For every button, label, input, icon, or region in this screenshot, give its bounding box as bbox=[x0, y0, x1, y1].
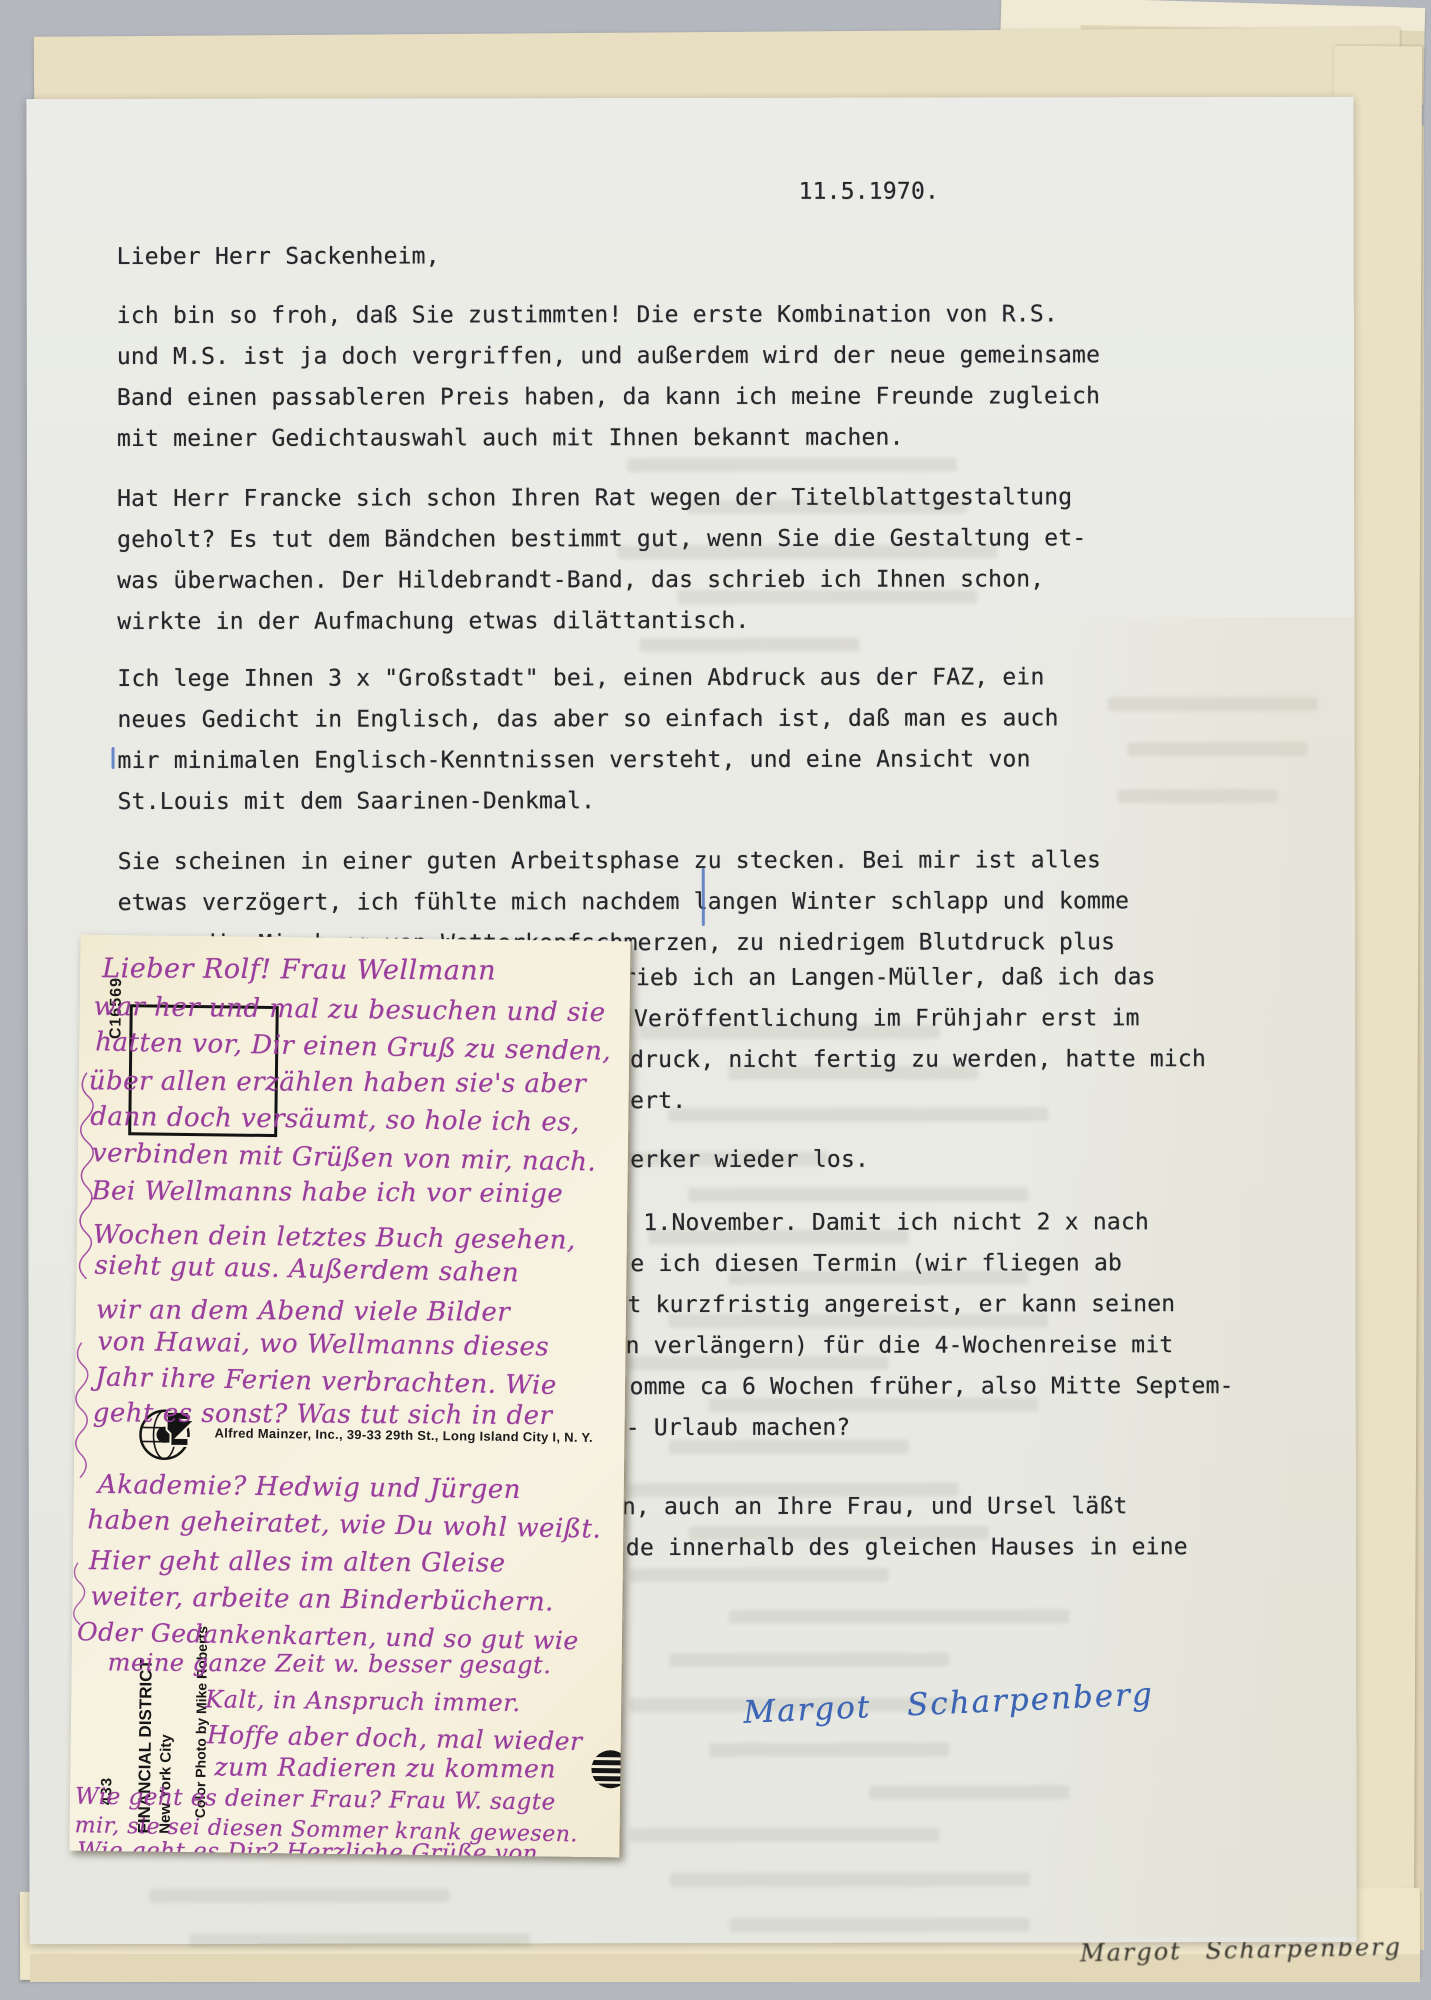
letter-line-fragment: - Urlaub machen? bbox=[626, 1415, 851, 1441]
postcard-handwriting-line: wir an dem Abend viele Bilder bbox=[96, 1295, 510, 1328]
ghost-text-line bbox=[627, 458, 957, 473]
ghost-text-line bbox=[688, 1187, 1028, 1202]
ghost-text-line bbox=[668, 1107, 1048, 1122]
postcard-handwriting-line: dann doch versäumt, so hole ich es, bbox=[90, 1102, 580, 1138]
letter-signature-handwritten: Margot Scharpenberg bbox=[743, 1676, 1155, 1731]
postcard-handwriting-line: über allen erzählen haben sie's aber bbox=[89, 1066, 587, 1099]
letter-line-fragment: 1.November. Damit ich nicht 2 x nach bbox=[643, 1209, 1149, 1236]
postcard-handwriting-line: von Hawai, wo Wellmanns dieses bbox=[97, 1327, 549, 1363]
ghost-text-line bbox=[730, 1917, 1030, 1932]
postcard-handwriting-line: weiter, arbeite an Binderbüchern. bbox=[90, 1582, 554, 1618]
postcard-handwriting-line: Bei Wellmanns habe ich vor einige bbox=[91, 1176, 563, 1209]
blue-pen-mark bbox=[702, 868, 705, 926]
ghost-text-line bbox=[669, 1440, 909, 1454]
ghost-text-line bbox=[1107, 697, 1317, 711]
ghost-text-line bbox=[1128, 742, 1308, 756]
letter-line-fragment: n, auch an Ihre Frau, und Ursel läßt bbox=[622, 1493, 1128, 1520]
ghost-text-line bbox=[629, 1828, 939, 1843]
blue-pen-tick bbox=[112, 747, 115, 769]
letter-paragraph-3: Ich lege Ihnen 3 x "Großstadt" bei, eine… bbox=[117, 657, 1058, 823]
ghost-text-line bbox=[869, 1785, 1069, 1799]
ghost-text-line bbox=[150, 1888, 450, 1903]
letter-paragraph-1: ich bin so froh, daß Sie zustimmten! Die… bbox=[117, 294, 1101, 460]
ghost-text-line bbox=[729, 1609, 1069, 1624]
postcard-handwriting-line: Wochen dein letztes Buch gesehen, bbox=[93, 1220, 576, 1256]
letter-line-fragment: rieb ich an Langen-Müller, daß ich das bbox=[622, 964, 1156, 991]
ghost-text-line bbox=[669, 1872, 1029, 1887]
postcard-handwriting-line: zum Radieren zu kommen bbox=[214, 1752, 556, 1783]
letter-date: 11.5.1970. bbox=[799, 172, 940, 213]
postcard-handwriting-line: geht es sonst? Was tut sich in der bbox=[93, 1398, 553, 1431]
letter-paragraph-2: Hat Herr Francke sich schon Ihren Rat we… bbox=[117, 477, 1087, 643]
postcard-handwriting-line: verbinden mit Grüßen von mir, nach. bbox=[92, 1138, 597, 1177]
letter-line-fragment: de innerhalb des gleichen Hauses in eine bbox=[626, 1534, 1188, 1561]
letter-line-fragment: erker wieder los. bbox=[630, 1147, 869, 1173]
letter-line-fragment: Veröffentlichung im Frühjahr erst im bbox=[634, 1005, 1140, 1032]
postcard-handwriting-line: meine ganze Zeit w. besser gesagt. bbox=[108, 1648, 552, 1679]
postcard-handwriting-line: war her und mal zu besuchen und sie bbox=[94, 992, 606, 1028]
letter-line-fragment: e ich diesen Termin (wir fliegen ab bbox=[630, 1250, 1122, 1277]
postcard-back: C16569 Alfred Mainzer, Inc., 39-33 29th … bbox=[69, 935, 631, 1858]
letter-line-fragment: n verlängern) für die 4-Wochenreise mit bbox=[626, 1332, 1174, 1359]
ghost-text-line bbox=[190, 1933, 530, 1948]
postcard-handwriting-line: Hier geht alles im alten Gleise bbox=[89, 1546, 506, 1579]
postcard-handwriting-line: Hoffe aber doch, mal wieder bbox=[207, 1720, 583, 1756]
letter-line-fragment: omme ca 6 Wochen früher, also Mitte Sept… bbox=[630, 1373, 1234, 1400]
postcard-handwriting-line: Lieber Rolf! Frau Wellmann bbox=[102, 953, 496, 986]
postcard-handwriting-line: Akademie? Hedwig und Jürgen bbox=[98, 1470, 521, 1505]
ghost-text-line bbox=[709, 1743, 949, 1757]
scanned-letter-photo: Margot Scharpenberg 11.5.1970. Lieber He… bbox=[0, 0, 1431, 2000]
letter-salutation: Lieber Herr Sackenheim, bbox=[117, 236, 440, 278]
letter-line-fragment: ert. bbox=[630, 1088, 686, 1114]
postcard-handwriting-line: Kalt, in Anspruch immer. bbox=[205, 1685, 521, 1717]
postcard-handwriting-line: Jahr ihre Ferien verbrachten. Wie bbox=[95, 1362, 557, 1400]
postcard-handwriting-line: haben geheiratet, wie Du wohl weißt. bbox=[87, 1505, 601, 1544]
letter-line-fragment: t kurzfristig angereist, er kann seinen bbox=[627, 1291, 1175, 1318]
postcard-handwriting-line: sieht gut aus. Außerdem sahen bbox=[94, 1251, 519, 1289]
ghost-text-line bbox=[669, 1653, 949, 1667]
letter-line-fragment: druck, nicht fertig zu werden, hatte mic… bbox=[630, 1046, 1206, 1073]
ghost-text-line bbox=[1118, 789, 1278, 803]
paper-discoloration bbox=[1014, 617, 1356, 1938]
ghost-text-line bbox=[629, 1568, 889, 1582]
